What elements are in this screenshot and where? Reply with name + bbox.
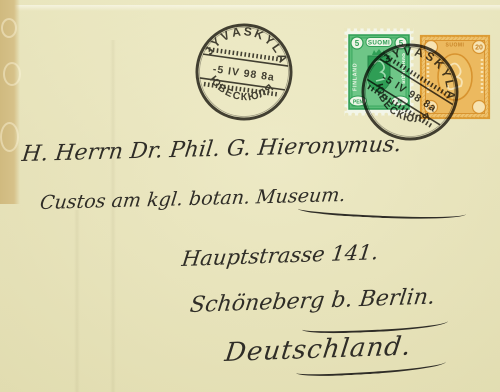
envelope-top-edge — [0, 5, 500, 11]
envelope-cover: 5 5 SUOMI FINLAND ФИНЛЯНДІЯ PEN NI — [0, 0, 500, 392]
country-label: SUOMI — [446, 43, 465, 49]
value-numeral: 5 — [355, 39, 360, 48]
address-recipient-line: H. Herrn Dr. Phil. G. Hieronymus. — [21, 132, 403, 167]
backing-strip — [0, 0, 20, 204]
paper-crease — [110, 40, 116, 392]
underline-flourish — [302, 315, 448, 334]
address-street-line: Hauptstrasse 141. — [181, 240, 380, 271]
value-numeral: 20 — [475, 45, 483, 52]
embossed-loop — [3, 62, 21, 86]
postmark-left: JYVÄSKYLÄ ЮВЕСКЮЛЯ -5 IV 98 8a — [182, 10, 306, 134]
address-city-line: Schöneberg b. Berlin. — [188, 285, 436, 318]
paper-crease — [74, 210, 80, 392]
pen-flourish — [298, 200, 467, 223]
embossed-loop — [0, 122, 19, 152]
embossed-loop — [1, 18, 17, 38]
postmark-art: JYVÄSKYLÄ ЮВЕСКЮЛЯ -5 IV 98 8a — [182, 10, 306, 134]
